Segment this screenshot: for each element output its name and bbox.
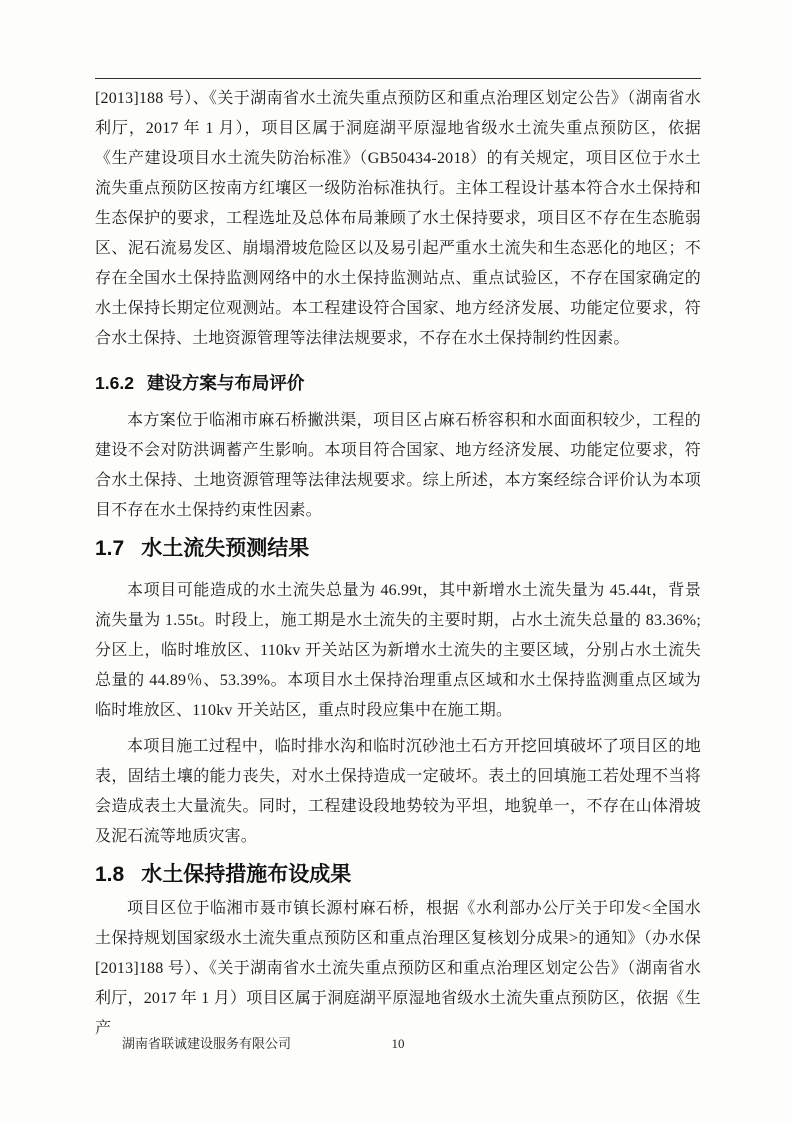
section-number: 1.6.2 xyxy=(95,373,134,393)
document-body: [2013]188 号）、《关于湖南省水土流失重点预防区和重点治理区划定公告》（… xyxy=(95,84,701,1044)
section-heading-1-7: 1.7水土流失预测结果 xyxy=(95,534,701,564)
section-heading-1-8: 1.8水土保持措施布设成果 xyxy=(95,860,701,890)
section-number: 1.8 xyxy=(95,863,124,886)
page-footer: 湖南省联诚建设服务有限公司 10 xyxy=(95,1034,701,1054)
paragraph-section-1-6-2: 本方案位于临湘市麻石桥撇洪渠，项目区占麻石桥容积和水面面积较少，工程的建设不会对… xyxy=(95,406,701,526)
section-title: 水土保持措施布设成果 xyxy=(141,863,351,886)
section-title: 水土流失预测结果 xyxy=(141,537,309,560)
section-heading-1-6-2: 1.6.2建设方案与布局评价 xyxy=(95,370,701,396)
document-page: [2013]188 号）、《关于湖南省水土流失重点预防区和重点治理区划定公告》（… xyxy=(0,0,793,1122)
paragraph-section-1-7-a: 本项目可能造成的水土流失总量为 46.99t，其中新增水土流失量为 45.44t… xyxy=(95,576,701,726)
paragraph-section-1-8: 项目区位于临湘市聂市镇长源村麻石桥，根据《水利部办公厅关于印发<全国水土保持规划… xyxy=(95,894,701,1044)
paragraph-continuation: [2013]188 号）、《关于湖南省水土流失重点预防区和重点治理区划定公告》（… xyxy=(95,84,701,354)
section-number: 1.7 xyxy=(95,537,124,560)
section-title: 建设方案与布局评价 xyxy=(147,373,305,393)
footer-page-number: 10 xyxy=(95,1034,701,1054)
paragraph-section-1-7-b: 本项目施工过程中，临时排水沟和临时沉砂池土石方开挖回填破坏了项目区的地表，固结土… xyxy=(95,732,701,852)
header-rule xyxy=(95,78,701,79)
